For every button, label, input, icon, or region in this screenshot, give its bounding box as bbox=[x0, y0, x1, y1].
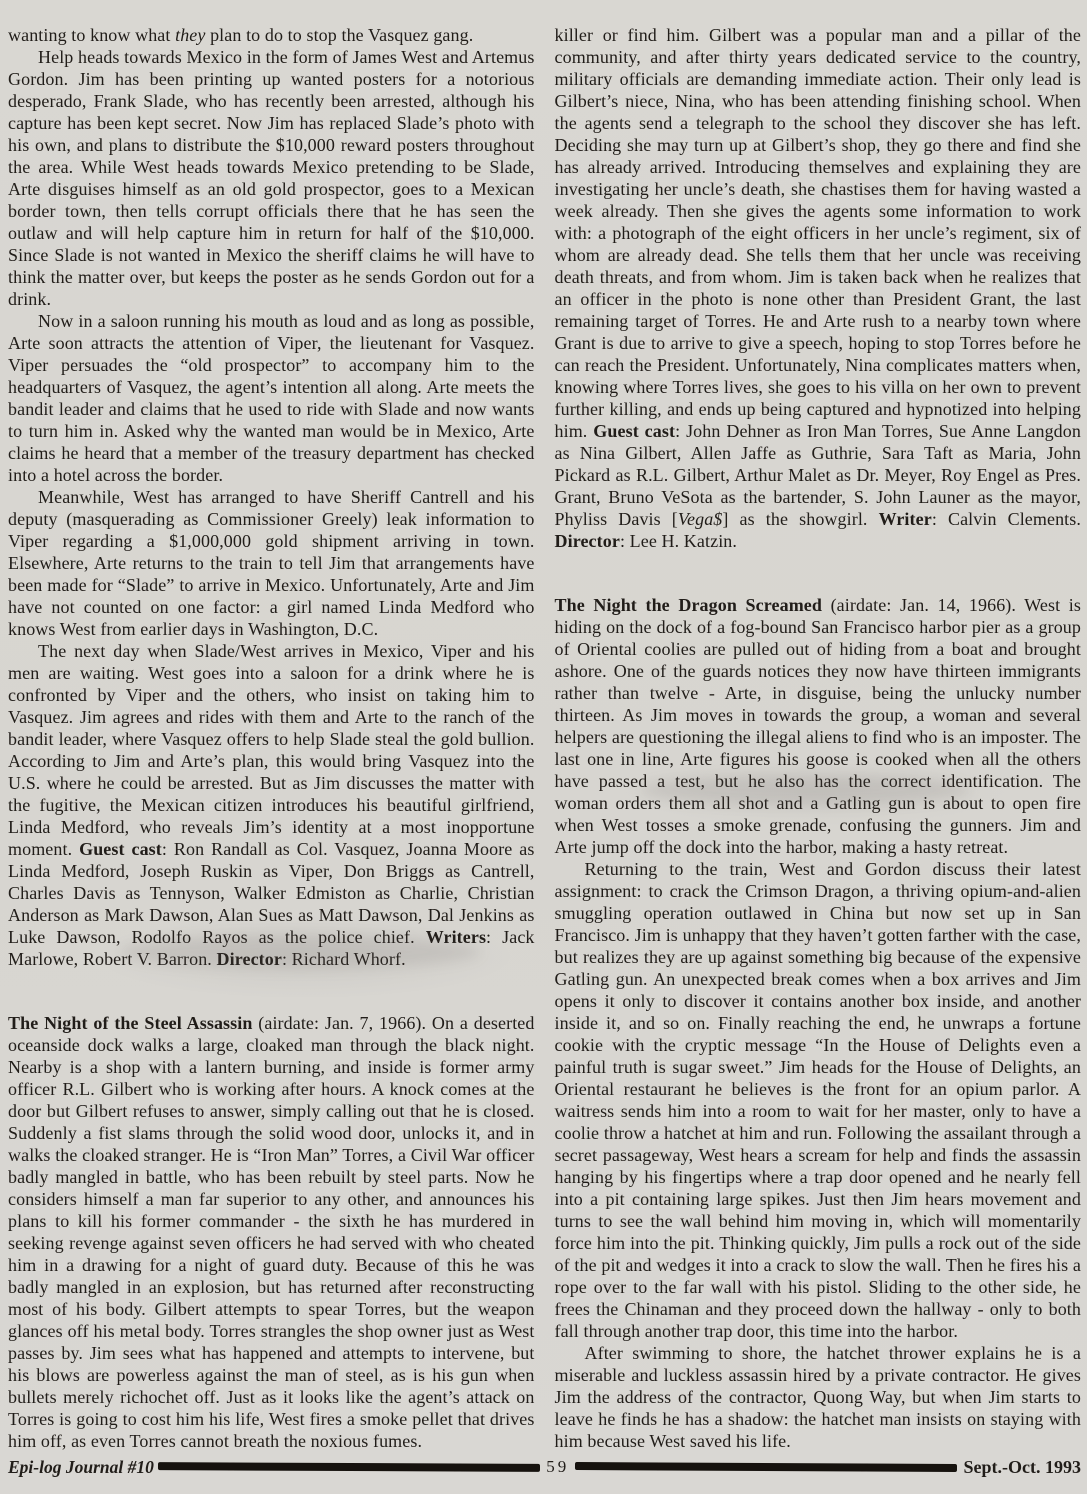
body-text: wanting to know what bbox=[8, 25, 175, 45]
episode-title-or-credit-label: Guest cast bbox=[593, 421, 675, 441]
paragraph: Help heads towards Mexico in the form of… bbox=[8, 46, 535, 310]
italic-text: Vega$ bbox=[678, 509, 723, 529]
paragraph: The next day when Slade/West arrives in … bbox=[8, 640, 535, 970]
body-text: : Richard Whorf. bbox=[282, 949, 406, 969]
magazine-page: wanting to know what they plan to do to … bbox=[0, 0, 1087, 1494]
paragraph: wanting to know what they plan to do to … bbox=[8, 24, 535, 46]
episode-title-or-credit-label: Director bbox=[217, 949, 282, 969]
paragraph: Meanwhile, West has arranged to have She… bbox=[8, 486, 535, 640]
body-text: After swimming to shore, the hatchet thr… bbox=[555, 1343, 1082, 1450]
body-text: Meanwhile, West has arranged to have She… bbox=[8, 487, 535, 639]
body-text: : Lee H. Katzin. bbox=[620, 531, 737, 551]
page-number: 59 bbox=[540, 1457, 575, 1477]
paragraph: After swimming to shore, the hatchet thr… bbox=[555, 1342, 1082, 1450]
body-text: (airdate: Jan. 7, 1966). On a deserted o… bbox=[8, 1013, 535, 1450]
text-columns: wanting to know what they plan to do to … bbox=[8, 24, 1081, 1450]
page-footer: Epi-log Journal #10 59 Sept.-Oct. 1993 bbox=[8, 1454, 1081, 1480]
body-text: Returning to the train, West and Gordon … bbox=[555, 859, 1082, 1341]
episode-title-or-credit-label: The Night of the Steel Assassin bbox=[8, 1013, 252, 1033]
issue-date: Sept.-Oct. 1993 bbox=[958, 1457, 1081, 1478]
body-text: Help heads towards Mexico in the form of… bbox=[8, 47, 535, 309]
body-text: plan to do to stop the Vasquez gang. bbox=[205, 25, 473, 45]
paragraph: killer or find him. Gilbert was a popula… bbox=[555, 24, 1082, 552]
paragraph: Returning to the train, West and Gordon … bbox=[555, 858, 1082, 1342]
journal-title: Epi-log Journal #10 bbox=[8, 1457, 158, 1478]
body-text: killer or find him. Gilbert was a popula… bbox=[555, 25, 1082, 441]
body-text: Now in a saloon running his mouth as lou… bbox=[8, 311, 535, 485]
right-column: killer or find him. Gilbert was a popula… bbox=[555, 24, 1082, 1450]
episode-title-or-credit-label: Guest cast bbox=[79, 839, 162, 859]
episode-title-or-credit-label: Director bbox=[555, 531, 620, 551]
body-text: : Calvin Clements. bbox=[932, 509, 1081, 529]
paragraph: Now in a saloon running his mouth as lou… bbox=[8, 310, 535, 486]
episode-section-paragraph: The Night of the Steel Assassin (airdate… bbox=[8, 1012, 535, 1450]
italic-text: they bbox=[175, 25, 205, 45]
episode-title-or-credit-label: The Night the Dragon Screamed bbox=[555, 595, 823, 615]
episode-title-or-credit-label: Writers bbox=[426, 927, 486, 947]
episode-section-paragraph: The Night the Dragon Screamed (airdate: … bbox=[555, 594, 1082, 858]
body-text: ] as the showgirl. bbox=[722, 509, 878, 529]
episode-title-or-credit-label: Writer bbox=[879, 509, 932, 529]
left-column: wanting to know what they plan to do to … bbox=[8, 24, 535, 1450]
footer-rule-left bbox=[158, 1462, 540, 1472]
footer-rule-right bbox=[575, 1462, 957, 1472]
body-text: The next day when Slade/West arrives in … bbox=[8, 641, 535, 859]
body-text: (airdate: Jan. 14, 1966). West is hiding… bbox=[555, 595, 1082, 857]
